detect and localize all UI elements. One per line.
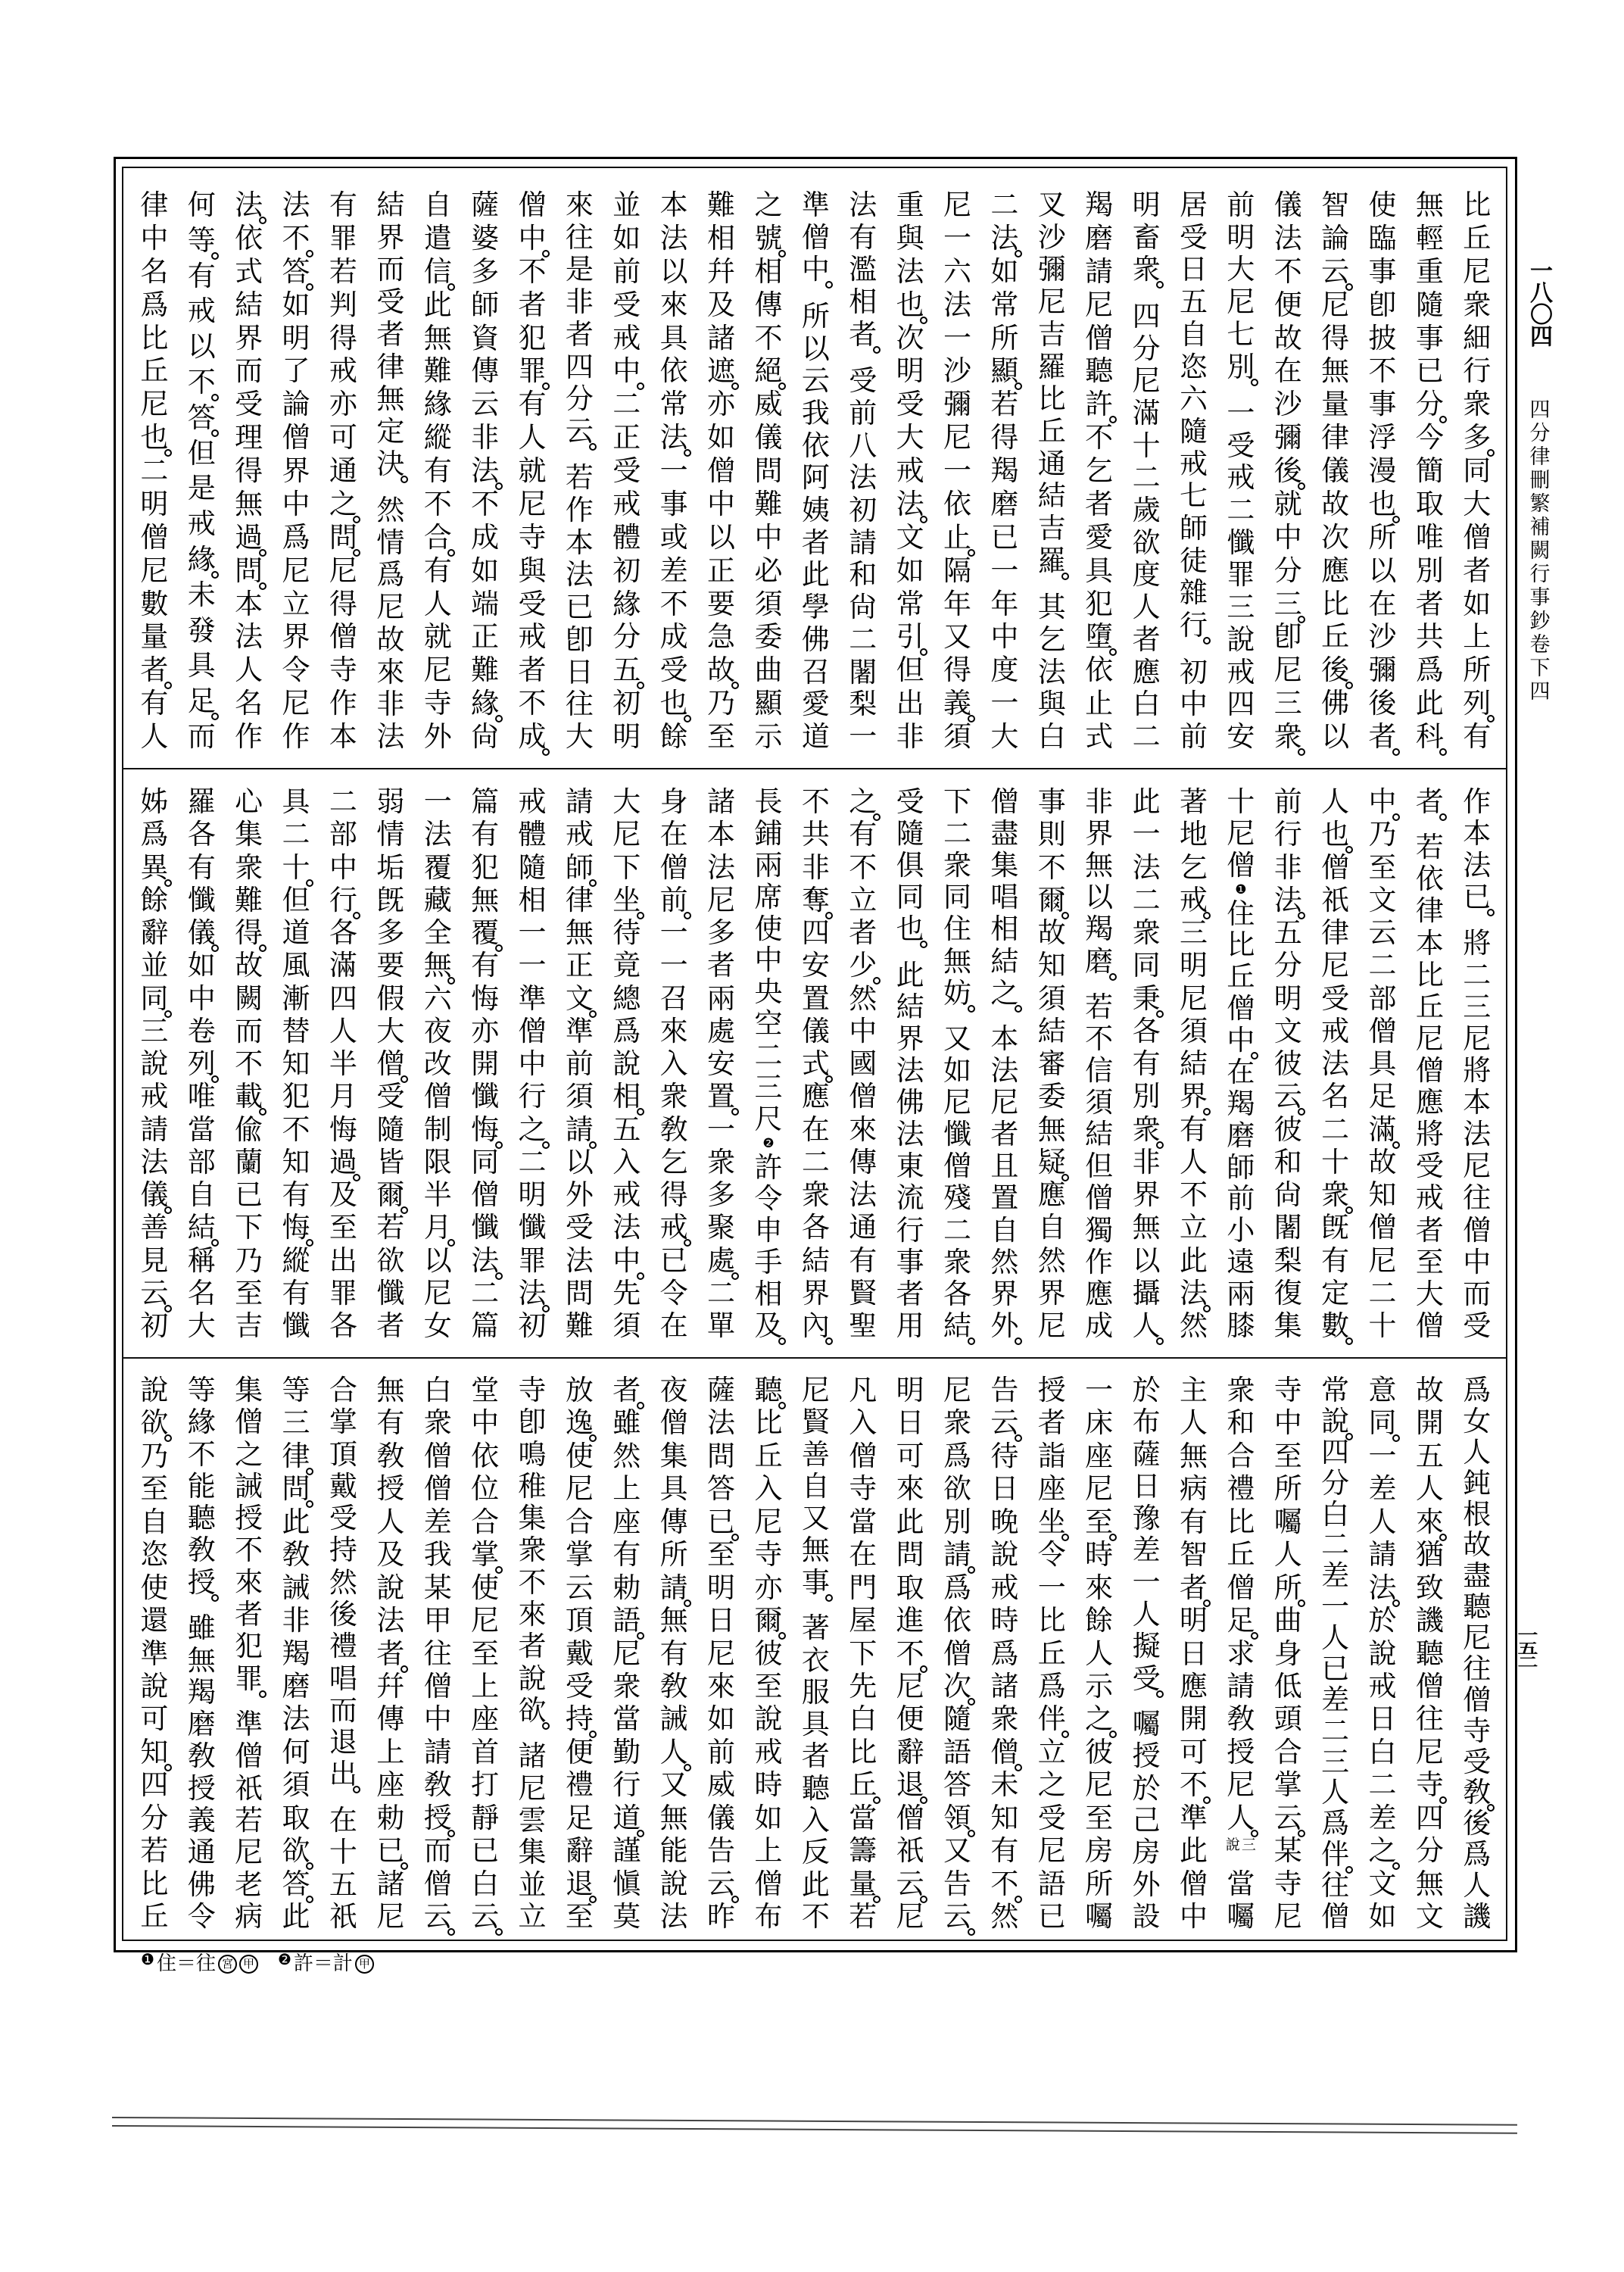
- character: 法。: [1272, 886, 1304, 915]
- character: 說: [658, 1870, 690, 1899]
- character: 行: [1530, 563, 1551, 586]
- character: 四: [1530, 326, 1553, 348]
- character: 尼: [611, 820, 643, 849]
- character: 受: [375, 1082, 407, 1111]
- character: 七: [1177, 482, 1209, 510]
- character: 悔: [469, 985, 501, 1013]
- text-column: 法有濫相者。 受前八法初請和尙二闍梨一: [840, 191, 887, 751]
- character: 如: [1367, 1902, 1398, 1931]
- character: 使: [139, 1574, 170, 1603]
- character: 受: [611, 457, 643, 485]
- character: 又: [942, 623, 974, 651]
- character: 誡: [233, 1472, 265, 1501]
- punctuation-stop: 。: [1109, 973, 1117, 981]
- character: 之: [1036, 1771, 1068, 1799]
- character: 一: [658, 457, 690, 485]
- character: 禮: [563, 1771, 595, 1799]
- character: 餘: [139, 886, 170, 915]
- character: 尼: [611, 1640, 643, 1668]
- character: 受: [1225, 432, 1257, 460]
- text-column: 篇有犯無覆。有悔亦開懺悔。同僧懺法。二篇: [461, 788, 508, 1340]
- character: 分: [1320, 1469, 1351, 1498]
- character: 告: [942, 1870, 974, 1899]
- character: 五: [1177, 288, 1209, 317]
- character: 號。: [753, 224, 784, 253]
- character: 審: [1036, 1050, 1068, 1078]
- character: 戒: [753, 1738, 784, 1767]
- character: 法。: [989, 224, 1021, 253]
- character: 法: [942, 291, 974, 320]
- character: 僧: [422, 1672, 454, 1701]
- character: 此: [1414, 689, 1445, 718]
- character: 在: [847, 1540, 879, 1569]
- character: 尼: [1367, 1247, 1398, 1275]
- character: 結: [233, 291, 265, 320]
- character: 以: [563, 1148, 595, 1177]
- character: 無: [1130, 1213, 1162, 1242]
- character: 要: [375, 951, 407, 980]
- character: 者: [375, 1312, 407, 1340]
- section-gap: [812, 1600, 819, 1611]
- character: 尼: [942, 191, 974, 220]
- character: 各: [1130, 1017, 1162, 1046]
- character: 尼: [1414, 1025, 1445, 1053]
- character: 成: [658, 623, 690, 651]
- character: 丘: [1036, 1640, 1068, 1668]
- text-column: 難相幷及諸遮。亦如僧中以正要急故。乃至: [697, 191, 744, 751]
- character: 自: [1036, 1213, 1068, 1242]
- character: 二: [1225, 496, 1257, 525]
- character: 懺: [469, 1082, 501, 1111]
- character: 得: [1320, 324, 1351, 353]
- character: 尼: [1130, 367, 1162, 395]
- character: 令: [185, 1902, 217, 1931]
- character: 尼: [989, 1088, 1021, 1117]
- character: 罪。: [516, 357, 548, 385]
- character: 戒。: [658, 1213, 690, 1242]
- character: 白: [469, 1870, 501, 1899]
- character: 集: [233, 820, 265, 849]
- text-column: 薩婆多師資傳云非法。不成如端正難緣。尙: [461, 191, 508, 751]
- character: 丘: [1225, 963, 1257, 991]
- character: 所: [658, 1540, 690, 1569]
- character: 人: [233, 656, 265, 685]
- character: 所: [1461, 656, 1493, 685]
- character: 年: [989, 590, 1021, 619]
- character: 將: [1414, 1120, 1445, 1149]
- character: 善: [800, 1440, 831, 1469]
- character: 受: [847, 367, 879, 395]
- character: 非: [563, 288, 595, 317]
- punctuation-stop: 。: [589, 443, 597, 451]
- character: 及: [706, 291, 737, 320]
- character: 三: [139, 1017, 170, 1046]
- character: 並: [611, 191, 643, 220]
- character: 僧: [422, 1870, 454, 1899]
- text-column: 不共非奪。四安置儀式。應在二衆各結界內。: [792, 788, 839, 1340]
- character: 初: [611, 557, 643, 585]
- character: 之: [753, 191, 784, 220]
- character: 僧: [422, 1082, 454, 1111]
- character: 單: [706, 1312, 737, 1340]
- character: 時: [989, 1606, 1021, 1635]
- character: 薩: [1130, 1440, 1162, 1469]
- character: 自: [139, 1508, 170, 1537]
- character: 受: [1036, 1804, 1068, 1833]
- character: 也。: [139, 423, 170, 452]
- character: 委: [753, 623, 784, 651]
- character: 僧: [658, 854, 690, 882]
- character: 爲: [989, 1640, 1021, 1668]
- character: 比: [753, 1409, 784, 1437]
- text-column: 叉沙彌尼吉羅比丘通結吉羅。 其乞法與白: [1028, 191, 1075, 751]
- character: 同: [942, 883, 974, 912]
- character: 者。: [139, 656, 170, 685]
- character: 就: [422, 623, 454, 651]
- character: 一: [516, 919, 548, 947]
- punctuation-stop: 。: [1487, 909, 1495, 916]
- character: 簡: [1414, 457, 1445, 485]
- character: 秉。: [1130, 985, 1162, 1013]
- character: 日: [706, 1606, 737, 1635]
- character: 具: [1083, 557, 1115, 585]
- character: 四: [800, 919, 831, 947]
- character: 鋪: [753, 819, 784, 848]
- character: 夜: [422, 1017, 454, 1046]
- character: 少。: [847, 951, 879, 980]
- character: 尼: [942, 1088, 974, 1117]
- character: 出: [327, 1247, 359, 1275]
- character: 打: [469, 1771, 501, 1799]
- character: 漸: [280, 985, 312, 1013]
- character: 比: [1320, 590, 1351, 619]
- character: 長: [753, 788, 784, 816]
- character: 逸。: [563, 1409, 595, 1437]
- character: 故: [375, 626, 407, 654]
- character: 者: [800, 529, 831, 557]
- character: 結: [1036, 1017, 1068, 1046]
- character: 隨: [894, 819, 926, 848]
- character: 俱: [894, 851, 926, 880]
- character: 得: [233, 457, 265, 485]
- character: 通: [185, 1838, 217, 1867]
- character: 昨: [706, 1902, 737, 1931]
- character: 上: [469, 1672, 501, 1701]
- character: 衆: [706, 1148, 737, 1177]
- character: 佛: [185, 1871, 217, 1899]
- character: 合。: [422, 523, 454, 552]
- character: 法: [1461, 851, 1493, 880]
- character: 緣: [422, 390, 454, 419]
- character: 衆。: [1320, 1181, 1351, 1209]
- character: 首: [469, 1738, 501, 1767]
- character: 答: [942, 1771, 974, 1799]
- punctuation-stop: 。: [1392, 748, 1400, 756]
- character: 成: [469, 523, 501, 552]
- character: 使: [753, 915, 784, 944]
- character: 前: [611, 257, 643, 286]
- character: 行: [611, 1771, 643, 1799]
- character: 者。: [847, 320, 879, 349]
- character: 退: [327, 1728, 359, 1757]
- character: 滿: [1130, 399, 1162, 428]
- character: 是: [185, 474, 217, 503]
- character: 集: [989, 851, 1021, 880]
- character: 已: [658, 1247, 690, 1275]
- character: 明: [611, 722, 643, 751]
- character: 戒: [327, 357, 359, 385]
- character: 磨: [185, 1710, 217, 1739]
- character: 無: [422, 324, 454, 353]
- character: 制: [422, 1116, 454, 1144]
- character: 披: [1367, 324, 1398, 353]
- character: 爲: [139, 820, 170, 849]
- character: 爲: [280, 523, 312, 552]
- character: 羅: [1036, 353, 1068, 382]
- character: 者: [233, 1600, 265, 1629]
- punctuation-stop: 。: [495, 1928, 503, 1936]
- character: 相。: [611, 1082, 643, 1111]
- character: 來: [658, 291, 690, 320]
- character: 部: [327, 820, 359, 849]
- character: 依: [658, 357, 690, 385]
- punctuation-stop: 。: [1156, 1337, 1164, 1345]
- character: 式: [1083, 722, 1115, 751]
- character: 差: [1130, 1536, 1162, 1565]
- character: 一: [1130, 820, 1162, 849]
- character: 二: [706, 1279, 737, 1308]
- character: 徒: [1177, 547, 1209, 576]
- character: 急: [706, 623, 737, 651]
- character: 偸: [233, 1116, 265, 1144]
- character: 尼: [1461, 257, 1493, 286]
- character: 請: [422, 1738, 454, 1767]
- character: 臨: [1367, 224, 1398, 253]
- character: 小: [1225, 1216, 1257, 1245]
- text-column: 並如前受戒中。二正受戒體初緣分五。初明: [603, 191, 650, 751]
- character: 二: [1130, 886, 1162, 915]
- character: 同。: [139, 985, 170, 1013]
- character: 尼: [1177, 985, 1209, 1013]
- character: 禮: [327, 1632, 359, 1661]
- character: 以: [1367, 557, 1398, 585]
- character: 中。: [1225, 1026, 1257, 1055]
- character: 然: [327, 1568, 359, 1597]
- character: 集: [233, 1376, 265, 1405]
- character: 闕: [233, 985, 265, 1013]
- character: 二: [847, 626, 879, 654]
- character: 難: [233, 886, 265, 915]
- running-title: 四分律刪繁補闕行事鈔卷下四: [1528, 398, 1552, 704]
- character: 而: [1461, 1280, 1493, 1309]
- character: 無: [1320, 357, 1351, 385]
- character: 我: [800, 399, 831, 428]
- character: 本: [1461, 1088, 1493, 1117]
- text-column: 前明大尼七別。 一受戒二懺罪三說戒四安: [1217, 191, 1264, 751]
- footnote: ❶ 住＝往 宮 甲: [141, 1952, 258, 1975]
- character: 二: [611, 390, 643, 419]
- character: 律: [1320, 919, 1351, 947]
- character: 有: [1320, 1247, 1351, 1275]
- character: 辭: [139, 919, 170, 947]
- character: 不: [516, 257, 548, 286]
- character: 有: [469, 951, 501, 980]
- character: 身: [1272, 1640, 1304, 1668]
- character: 鈍: [1461, 1469, 1493, 1498]
- character: 前: [1177, 722, 1209, 751]
- character: 尼: [1272, 656, 1304, 685]
- character: 勅: [611, 1574, 643, 1603]
- character: 無: [658, 1804, 690, 1833]
- character: 就: [516, 457, 548, 485]
- character: 各: [185, 820, 217, 849]
- character: 下: [611, 854, 643, 882]
- character: 放: [563, 1376, 595, 1405]
- character: 知: [280, 1148, 312, 1177]
- character: 誡: [280, 1574, 312, 1603]
- character: 當: [611, 1705, 643, 1734]
- character: 年: [942, 590, 974, 619]
- character: 反: [800, 1838, 831, 1867]
- character: 下: [233, 1213, 265, 1242]
- character: 然: [847, 985, 879, 1013]
- character: 薩: [706, 1376, 737, 1405]
- character: 道。: [611, 1804, 643, 1833]
- character: 欲。: [516, 1696, 548, 1725]
- section-gap: [1189, 644, 1197, 654]
- character: 授: [233, 1504, 265, 1533]
- character: 稚: [516, 1472, 548, 1501]
- character: 說: [753, 1705, 784, 1734]
- character: 僧: [1083, 324, 1115, 353]
- character: 二: [1320, 1531, 1351, 1559]
- character: 進: [894, 1606, 926, 1635]
- character: 日: [989, 1475, 1021, 1503]
- character: 彼: [753, 1640, 784, 1668]
- character: 入: [847, 1409, 879, 1437]
- character: 無: [800, 1536, 831, 1565]
- character: 四: [1320, 1438, 1351, 1467]
- character: 白: [1367, 1738, 1398, 1767]
- character: 來: [894, 1475, 926, 1503]
- character: 中。: [800, 255, 831, 284]
- character: 亦: [469, 1017, 501, 1046]
- character: 補: [1530, 516, 1551, 539]
- character: 籌: [847, 1837, 879, 1865]
- character: 受: [611, 291, 643, 320]
- character: 本: [1461, 819, 1493, 848]
- character: 受: [563, 1213, 595, 1242]
- character: 說: [139, 1050, 170, 1078]
- character: 成: [1083, 1312, 1115, 1340]
- character: 寺: [1272, 1376, 1304, 1405]
- character: 依: [233, 224, 265, 253]
- character: 難: [753, 490, 784, 519]
- character: 決。: [375, 450, 407, 479]
- text-column: 非界無以羯磨。 若不信須結但僧獨作應成: [1075, 788, 1122, 1340]
- character: 入: [611, 1148, 643, 1177]
- character: 二: [942, 819, 974, 848]
- character: 持: [327, 1536, 359, 1565]
- character: 又: [942, 1025, 974, 1053]
- character: 自: [989, 1216, 1021, 1245]
- character: 女: [422, 1312, 454, 1340]
- character: 來: [375, 658, 407, 687]
- footnote-text: 許＝計: [294, 1952, 353, 1975]
- character: 不。: [989, 1870, 1021, 1899]
- character: 尼: [1036, 1312, 1068, 1340]
- character: 後。: [1272, 457, 1304, 485]
- character: 丘: [139, 1902, 170, 1931]
- character: 具: [658, 324, 690, 353]
- character: 云。: [894, 1870, 926, 1899]
- character: 如: [989, 257, 1021, 286]
- character: 正: [469, 623, 501, 651]
- text-column: 有罪若判得戒亦可通之。問。尼得僧寺作本: [320, 191, 366, 751]
- character: 兩: [1225, 1280, 1257, 1309]
- character: 之: [233, 1440, 265, 1469]
- character: 無: [942, 947, 974, 976]
- character: 非: [469, 423, 501, 452]
- character: 戒: [894, 457, 926, 485]
- character: 雜: [1177, 579, 1209, 607]
- character: 應: [1036, 1181, 1068, 1209]
- character: 聽: [185, 1504, 217, 1533]
- text-column: 二法。如常所顯。若得羯磨已一年中度一大: [981, 191, 1028, 751]
- character: 依: [1414, 865, 1445, 894]
- character: 同: [1461, 457, 1493, 485]
- character: 尙: [469, 722, 501, 751]
- text-column: 弱情垢旣多要假大僧。受隨皆爾。若欲懺者: [367, 788, 414, 1340]
- character: 兩: [753, 851, 784, 880]
- character: 磨: [1225, 1122, 1257, 1150]
- text-column: 中。乃至文云二部僧具足滿。故知僧尼二十: [1359, 788, 1406, 1340]
- character: 法: [847, 1181, 879, 1209]
- character: 衆。: [1130, 255, 1162, 284]
- character: 僧: [1225, 994, 1257, 1023]
- character: 十: [1367, 1312, 1398, 1340]
- character: 大: [375, 1017, 407, 1046]
- character: 諸: [706, 324, 737, 353]
- character: 羯: [1083, 915, 1115, 944]
- character: 如: [894, 557, 926, 585]
- character: 乞: [1036, 626, 1068, 654]
- character: 半: [327, 1050, 359, 1078]
- character: 也。: [1320, 820, 1351, 849]
- character: 來: [516, 1600, 548, 1629]
- character: 律: [563, 886, 595, 915]
- punctuation-stop: 。: [353, 1786, 360, 1793]
- character: 常: [894, 590, 926, 619]
- character: 座: [611, 1508, 643, 1537]
- character: 彼: [1272, 1050, 1304, 1078]
- character: 無: [469, 886, 501, 915]
- character: 無: [563, 919, 595, 947]
- character: 云。: [1272, 1082, 1304, 1111]
- character: 於: [1130, 1774, 1162, 1803]
- character: 下: [1530, 657, 1551, 680]
- character: 寺: [516, 523, 548, 552]
- character: 法: [375, 1606, 407, 1635]
- text-column: 下二衆同住無妨。 又如尼懺僧殘二衆各結。: [934, 788, 980, 1340]
- character: 數。: [1320, 1312, 1351, 1340]
- character: 一: [942, 457, 974, 485]
- character: 尼: [139, 557, 170, 585]
- character: 分: [139, 1804, 170, 1833]
- character: 座: [1036, 1475, 1068, 1503]
- character: 令: [280, 656, 312, 685]
- character: 事。: [800, 1568, 831, 1597]
